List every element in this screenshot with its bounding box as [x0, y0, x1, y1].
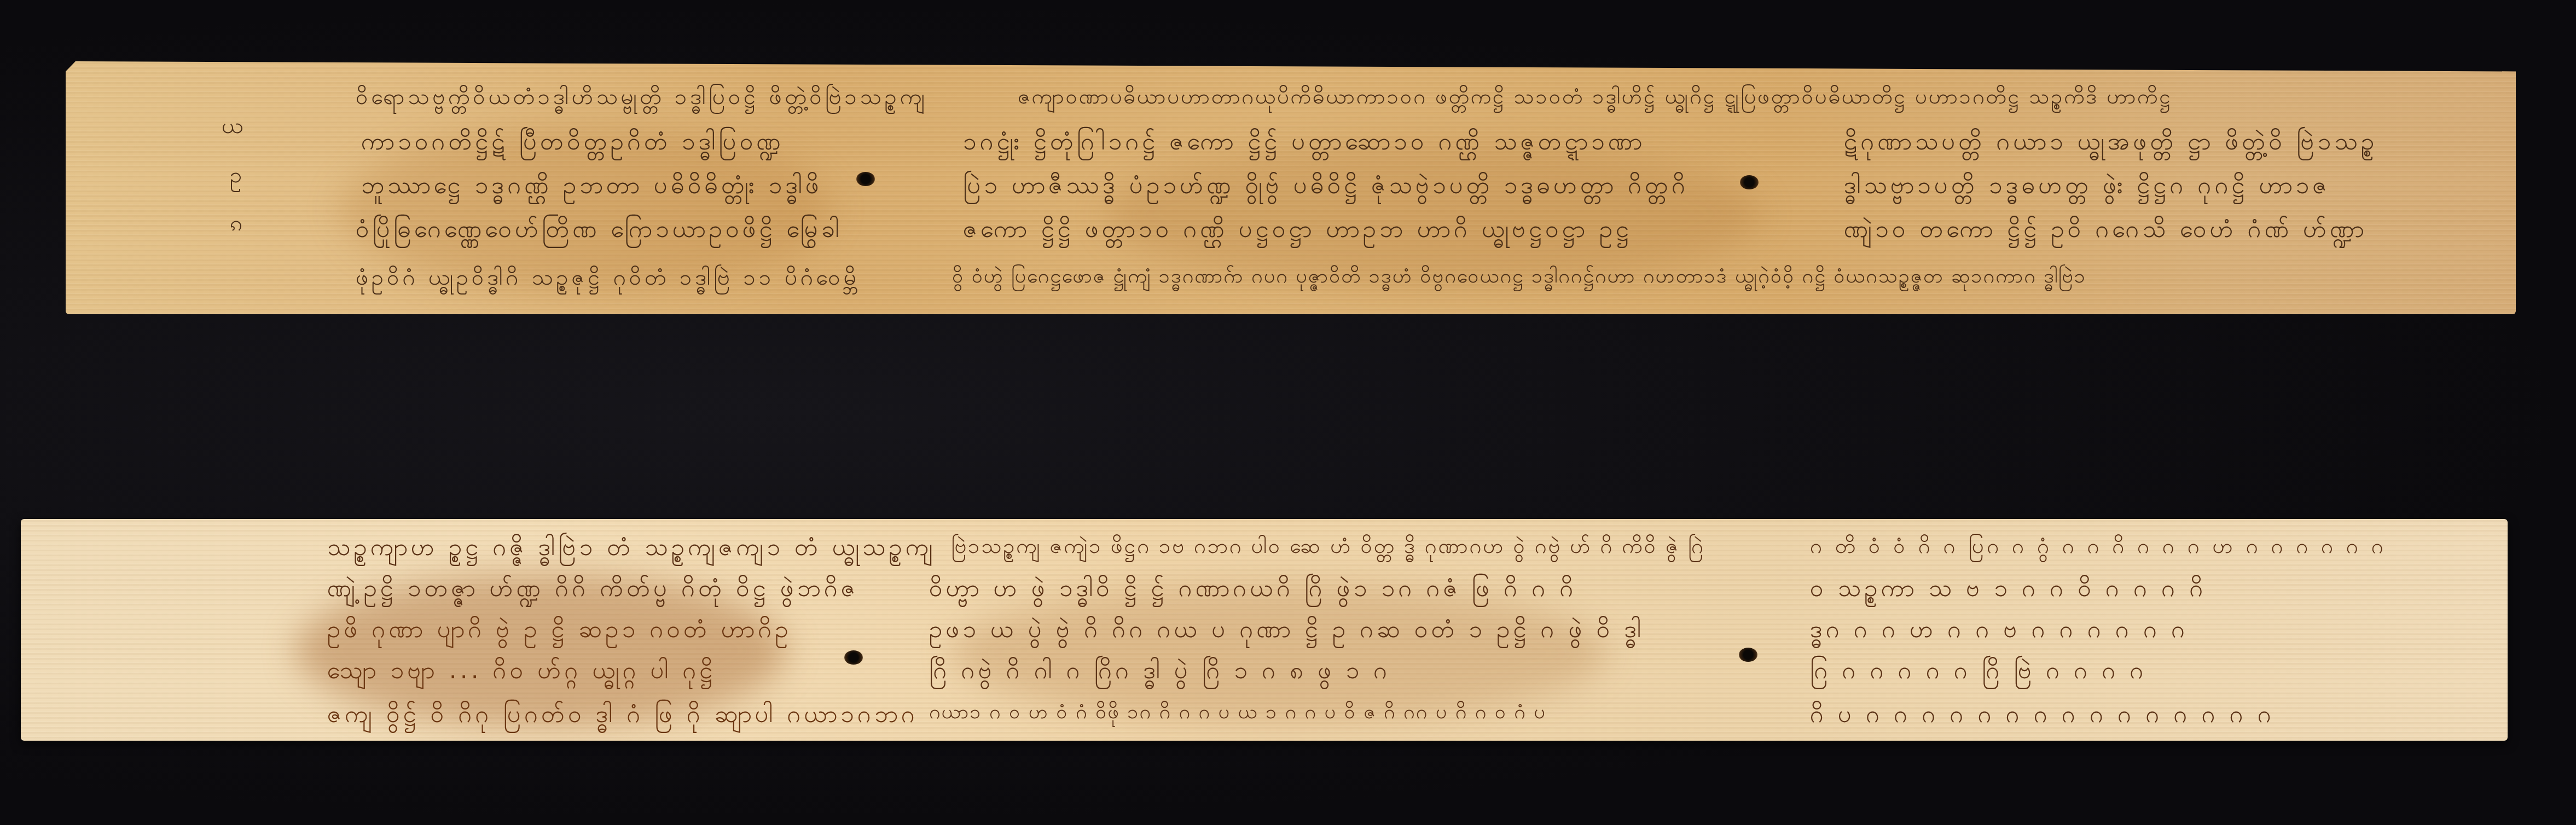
text-line: ၁ဂဋ္ဌုံး ဋ္ဌိတုံဂြါ၁ဂဋ္ဌ် ဇကော ဋ္ဌိဋ္ဌ် … [963, 130, 1645, 154]
text-line: ဝိဟ္ဗာ ဟ ဖွဲ ၁ဒ္ဓါဝိ ဋ္ဌိ ဋ္ဌ် ဂဏာဂယဂိ ဂ… [929, 576, 1577, 601]
text-line: ဂြ ဂ ဂ ဂ ဂ ဂ ဂြိ ဗြဲ ဂ ဂ ဂ ဂ [1810, 659, 2147, 683]
text-line: ဋိဂုဏာသပတ္တိ ဂယာ၁ ယ္ဓုအဖုတ္တိ ဋ္ဌာ ဖိတ္တ… [1844, 130, 2377, 154]
margin-page-number: ဥ [230, 161, 242, 193]
text-line: ဂယာ၁ ဂ ဝ ဟ ဝံ ဂံ ဝိဖို ၁ဂ ဂိ ဂ ဂ ပ ယ ၁ ဂ… [929, 702, 1546, 722]
text-line: ဝ သဥ္စကာ သ ဗ ၁ ဂ ဂ ဝိ ဂ ဂ ဂ ဂိ [1810, 576, 2207, 601]
text-line: ဏျဲ့ဥဋ္ဌိ ၁တဇ္ဇာ ဟ်ဏ္ဍ ဂိဂိ ကိတ်ပ္ဗ ဂိတု… [327, 576, 858, 601]
margin-page-number: ယ [222, 112, 243, 144]
text-line: ဥဖ၁ ယ ပွဲ ဗွဲ ဂိ ဂိဂ ဂယ ပ ဂုဏာ ဋ္ဌိ ဥ ဂဆ… [929, 618, 1644, 642]
text-line: ဝွိ ဝံဟွဲ ပြဂေဋ္ဌဖောဇ ဋ္ဌုံကျံ ၁ဒ္ဓဂဏာဂ်… [952, 267, 2086, 286]
text-line: ဂိ ပ ဂ ဂ ဂ ဂ ဂ ဂ ဂ ဂ ဂ ဂ ဂ ဂ ဂ ဂ ဂ [1810, 702, 2275, 726]
text-line: ဒ္ဓဂ ဂ ဂ ဟ ဂ ဂ ဗ ဂ ဂ ဂ ဂ ဂ ဂ [1810, 618, 2188, 642]
palm-leaf-folio-bottom: သဥ္စကျာဟ ဥ္စဋ္ဌ ဂဇ္ဇိ ဒ္ဓါဗြဲ၁ တံ သဥ္စကျ… [21, 519, 2508, 741]
text-line: ပြဲ၁ ဟာဇီဿဒ္ဓိ ပံဥ၁ဟ်ဏ္ဍ ဝွိုဗွ် ပဓိဝိဋ္… [963, 174, 1689, 198]
string-hole [1740, 175, 1759, 189]
string-hole [1739, 648, 1757, 662]
text-line: ဖုံဥဝိဂံ ယ္ဓုဥဝိဒ္ဓါဂိ သဥ္စဇုဋ္ဌိ ဂုဝိတံ… [356, 267, 860, 289]
stain [1105, 143, 1762, 286]
text-line: ဝိရောသဗ္ဗက္တိဝိယတံ၁ဒ္ဓါဟိသမ္ဗုတ္တိ ၁ဒ္ဓါ… [356, 86, 928, 108]
text-line: ဇကျ ဝွိဋ္ဌ် ဝိ ဂိဂု ပြဂတ်ဝ ဒ္ဓါ ဂံ ဖြ ဂိ… [327, 702, 918, 726]
string-hole [856, 172, 875, 186]
text-line: ဇကော ဋ္ဌိဋ္ဌိ ဖတ္တာ၁ဝ ဂဏ္ဌိ ပဋ္ဌဝဋ္ဌာ ဟာ… [963, 217, 1632, 241]
text-line: ဂ တိ ဝံ ဝံ ဂိ ဂ ပြဂ ဂ ဂွံ ဂ ဂ ဂိ ဂ ဂ ဂ ဟ… [1810, 535, 2386, 556]
palm-leaf-folio-top: ယ ဥ ၵ ဝိရောသဗ္ဗက္တိဝိယတံ၁ဒ္ဓါဟိသမ္ဗုတ္တိ… [66, 61, 2516, 314]
text-line: ဒ္ဓါသဗ္ဗာ၁ပတ္တိ ၁ဒ္ဓဓဟတ္တ ဖွဲး ဋ္ဌိဋ္ဌဂ … [1844, 174, 2330, 198]
text-line: ကာ၁ဝဂတိဋ္ဌိဋ် ပြီတဝိတ္တဥဂိတံ ၁ဒ္ဓါပြဝဏ္ဍ [361, 130, 784, 154]
text-line: သျော ၁ဗျာ ... ဂိဝ ဟ်ဂ္ဂ ယ္ဓုဂ္ဂ ပါ ဂုဋ္ဌ… [327, 659, 716, 683]
text-line: ဂြိ ဂဗွဲ ဂိ ဂါ ဂ ဂြိဂ ဒ္ဓါ ပွဲ ဂြိ ၁ ဂ ၈… [929, 659, 1391, 683]
text-line: ဘူဿာဋ္ဌေ ၁ဒ္ဓဂဏ္ဌိ ဥ၁ာတာ ပဓိဝိဓိတ္တုံး ၁… [361, 174, 822, 198]
text-line: ဗြဲ၁သဥ္စကျ ဇကျဲ၁ ဖိဋ္ဌဂ ၁ဗ ဂ၁ာဂ ပါဝ ဆေ ဟ… [951, 535, 1705, 556]
text-line: ဇကျာဝဏာပဓိယာပဟာတာဂယုပိကိဓိယာကာ၁ဝဂ ဖတ္တိက… [1018, 86, 2172, 107]
text-line: သဥ္စကျာဟ ဥ္စဋ္ဌ ဂဇ္ဇိ ဒ္ဓါဗြဲ၁ တံ သဥ္စကျ… [327, 535, 936, 559]
text-line: ဝံပြိုဓြဂေဏ္ဏေဝေဟ်တြိဏ ဂြော၁ယာဥဝဖိဋ္ဌိ မ… [356, 217, 842, 241]
text-line: ဏျဲ၁ဝ တကော ဋ္ဌိဋ္ဌ် ဥဝိ ဂဂေသိ ဝေဟံ ဂံဏ် … [1844, 217, 2368, 241]
margin-page-number: ၵ [230, 209, 242, 241]
text-line: ဥဖိ ဂုဏာ ပျာဂိ ဗွဲ ဥ ဋ္ဌိ ဆဥ၁ ဂဝတံ ဟာဂိဥ [327, 618, 792, 642]
string-hole [844, 650, 863, 665]
